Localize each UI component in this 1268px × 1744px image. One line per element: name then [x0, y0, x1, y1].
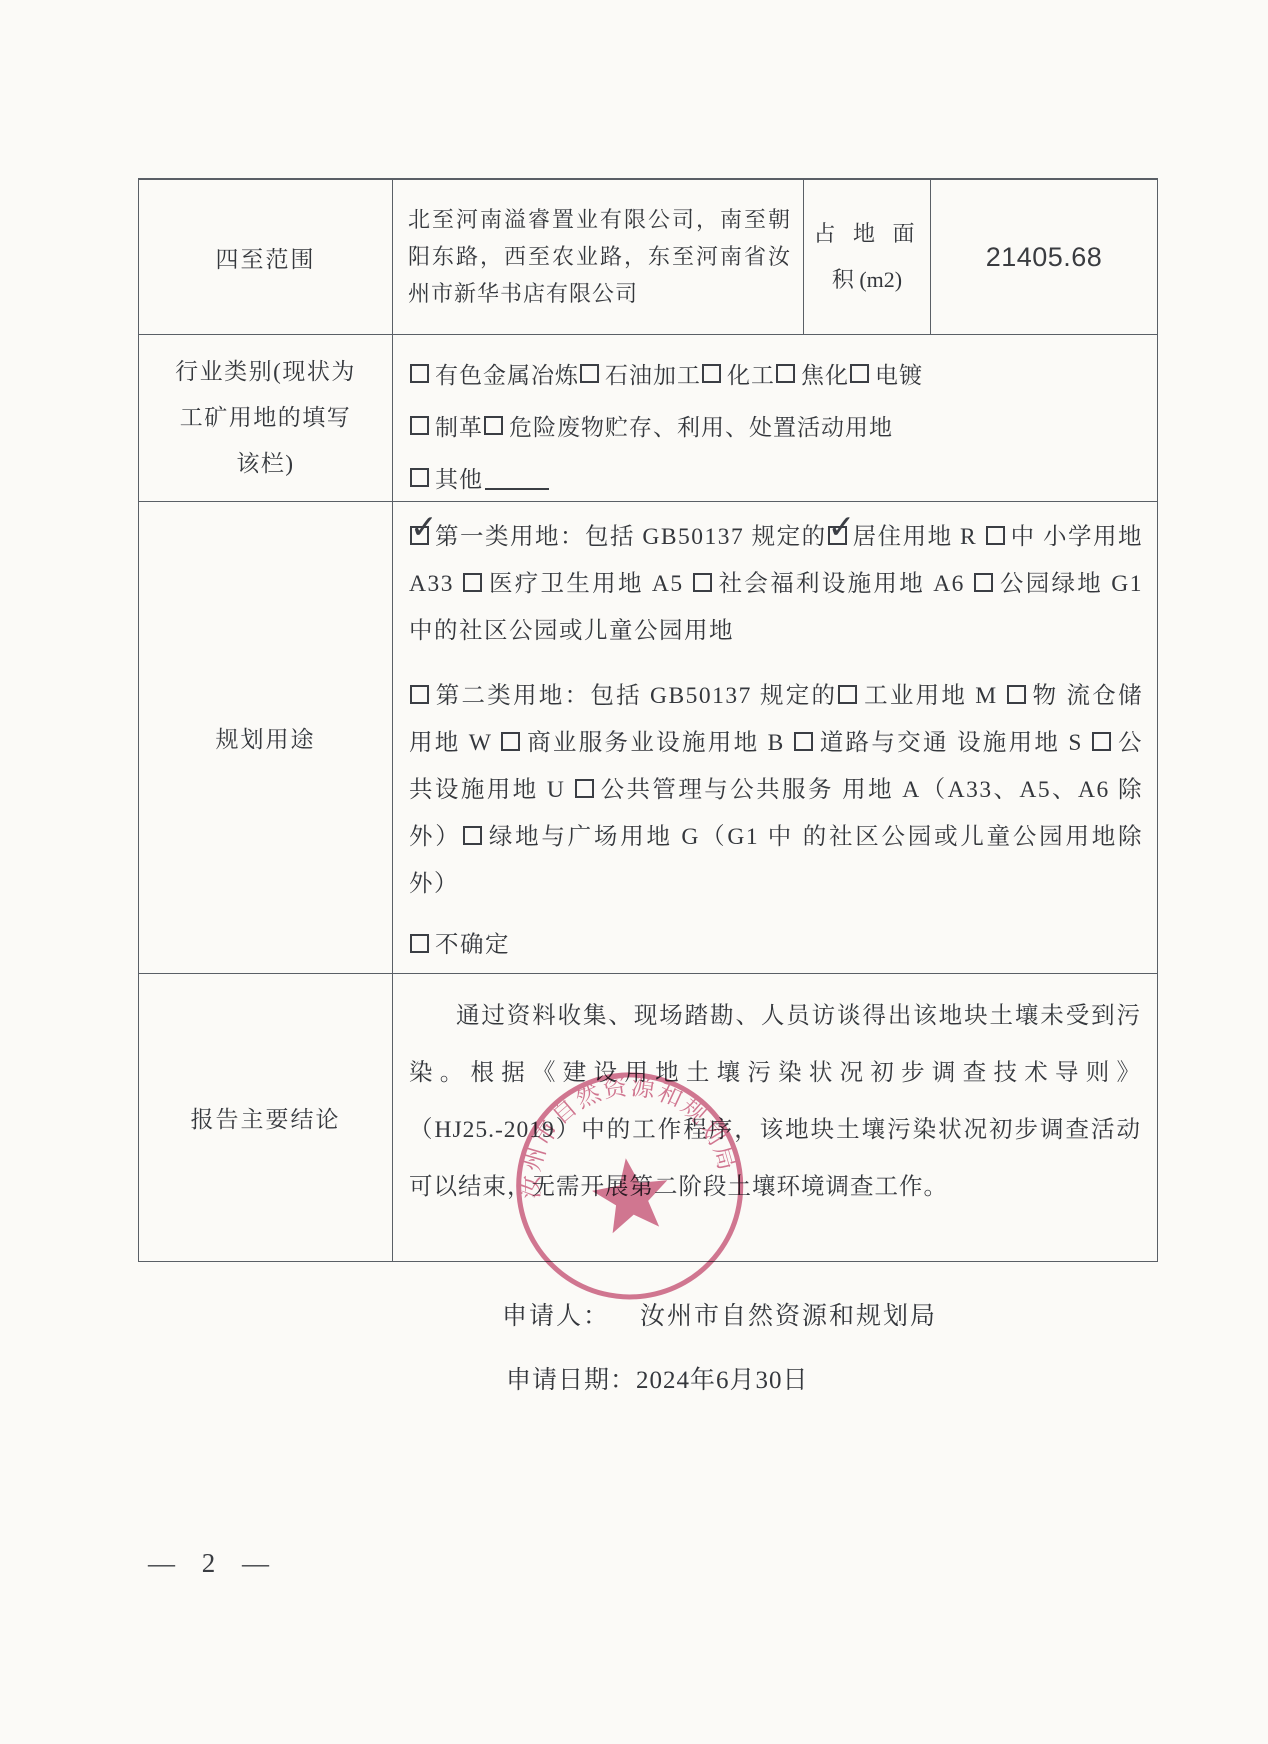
- checkbox-icon: [501, 732, 520, 751]
- row-label-conclusion: 报告主要结论: [139, 974, 392, 1261]
- table-row-boundary: 四至范围 北至河南溢睿置业有限公司，南至朝阳东路，西至农业路，东至河南省汝州市新…: [139, 180, 1157, 334]
- row-label-planning-use: 规划用途: [139, 502, 392, 973]
- boundary-label-text: 四至范围: [216, 241, 316, 274]
- checkbox-icon: [702, 364, 721, 383]
- checkbox-icon: [1007, 685, 1026, 704]
- table-row-industry: 行业类别(现状为 工矿用地的填写 该栏) 有色金属冶炼石油加工化工焦化电镀 制革…: [139, 334, 1157, 501]
- checkbox-icon: [794, 732, 813, 751]
- row-label-industry: 行业类别(现状为 工矿用地的填写 该栏): [139, 335, 392, 501]
- land-parcel-info-table: 四至范围 北至河南溢睿置业有限公司，南至朝阳东路，西至农业路，东至河南省汝州市新…: [138, 178, 1158, 1262]
- checkbox-icon: [986, 526, 1005, 545]
- conclusion-label-text: 报告主要结论: [191, 1101, 341, 1134]
- checkbox-icon: [575, 779, 594, 798]
- boundary-description: 北至河南溢睿置业有限公司，南至朝阳东路，西至农业路，东至河南省汝州市新华书店有限…: [392, 180, 803, 334]
- industry-label-line: 行业类别(现状为: [175, 349, 356, 395]
- checkbox-checked-icon: [410, 526, 429, 545]
- applicant-line: 申请人：汝州市自然资源和规划局: [502, 1296, 937, 1332]
- table-row-conclusion: 报告主要结论 通过资料收集、现场踏勘、人员访谈得出该地块土壤未受到污染。根据《建…: [139, 973, 1157, 1261]
- planning-class2-paragraph: 第二类用地：包括 GB50137 规定的工业用地 M 物 流仓储用地 W 商业服…: [409, 673, 1143, 908]
- row-label-boundary: 四至范围: [139, 180, 392, 334]
- checkbox-icon: [410, 468, 429, 487]
- planning-class1-paragraph: 第一类用地：包括 GB50137 规定的居住用地 R 中 小学用地 A33 医疗…: [409, 514, 1143, 655]
- industry-option-line: 制革 危险废物贮存、利用、处置活动用地: [409, 399, 1147, 451]
- page-number: — 2 —: [148, 1548, 279, 1579]
- date-value: 2024年6月30日: [636, 1367, 809, 1394]
- checkbox-icon: [463, 573, 482, 592]
- area-value: 21405.68: [930, 180, 1157, 334]
- industry-label-line: 该栏): [236, 441, 294, 487]
- checkbox-icon: [693, 573, 712, 592]
- planning-uncertain-paragraph: 不确定: [409, 922, 1143, 969]
- checkbox-icon: [484, 416, 503, 435]
- checkbox-icon: [850, 364, 869, 383]
- applicant-label: 申请人：: [502, 1303, 610, 1330]
- checkbox-icon: [410, 416, 429, 435]
- industry-option-line: 有色金属冶炼石油加工化工焦化电镀: [409, 347, 1147, 399]
- conclusion-text: 通过资料收集、现场踏勘、人员访谈得出该地块土壤未受到污染。根据《建设用地土壤污染…: [392, 974, 1157, 1261]
- checkbox-icon: [410, 364, 429, 383]
- date-label: 申请日期：: [506, 1367, 636, 1394]
- area-label-line1: 占 地 面: [813, 219, 920, 249]
- checkbox-icon: [580, 364, 599, 383]
- planning-use-options: 第一类用地：包括 GB50137 规定的居住用地 R 中 小学用地 A33 医疗…: [392, 502, 1157, 973]
- checkbox-checked-icon: [828, 526, 847, 545]
- industry-label-line: 工矿用地的填写: [180, 395, 352, 441]
- area-label: 占 地 面 积 (m2): [803, 180, 930, 334]
- area-label-line2: 积 (m2): [832, 265, 902, 295]
- checkbox-icon: [776, 364, 795, 383]
- checkbox-icon: [410, 934, 429, 953]
- table-row-planning-use: 规划用途 第一类用地：包括 GB50137 规定的居住用地 R 中 小学用地 A…: [139, 501, 1157, 973]
- checkbox-icon: [463, 826, 482, 845]
- applicant-value: 汝州市自然资源和规划局: [640, 1303, 937, 1330]
- scanned-document-page: 四至范围 北至河南溢睿置业有限公司，南至朝阳东路，西至农业路，东至河南省汝州市新…: [0, 0, 1268, 1744]
- checkbox-icon: [1092, 732, 1111, 751]
- checkbox-icon: [838, 685, 857, 704]
- checkbox-icon: [974, 573, 993, 592]
- industry-option-line: 其他: [409, 451, 1147, 503]
- industry-options: 有色金属冶炼石油加工化工焦化电镀 制革 危险废物贮存、利用、处置活动用地 其他: [392, 335, 1157, 501]
- checkbox-icon: [410, 685, 429, 704]
- blank-underline: [485, 465, 549, 490]
- application-date-line: 申请日期：2024年6月30日: [506, 1360, 809, 1396]
- planning-use-label-text: 规划用途: [216, 721, 316, 754]
